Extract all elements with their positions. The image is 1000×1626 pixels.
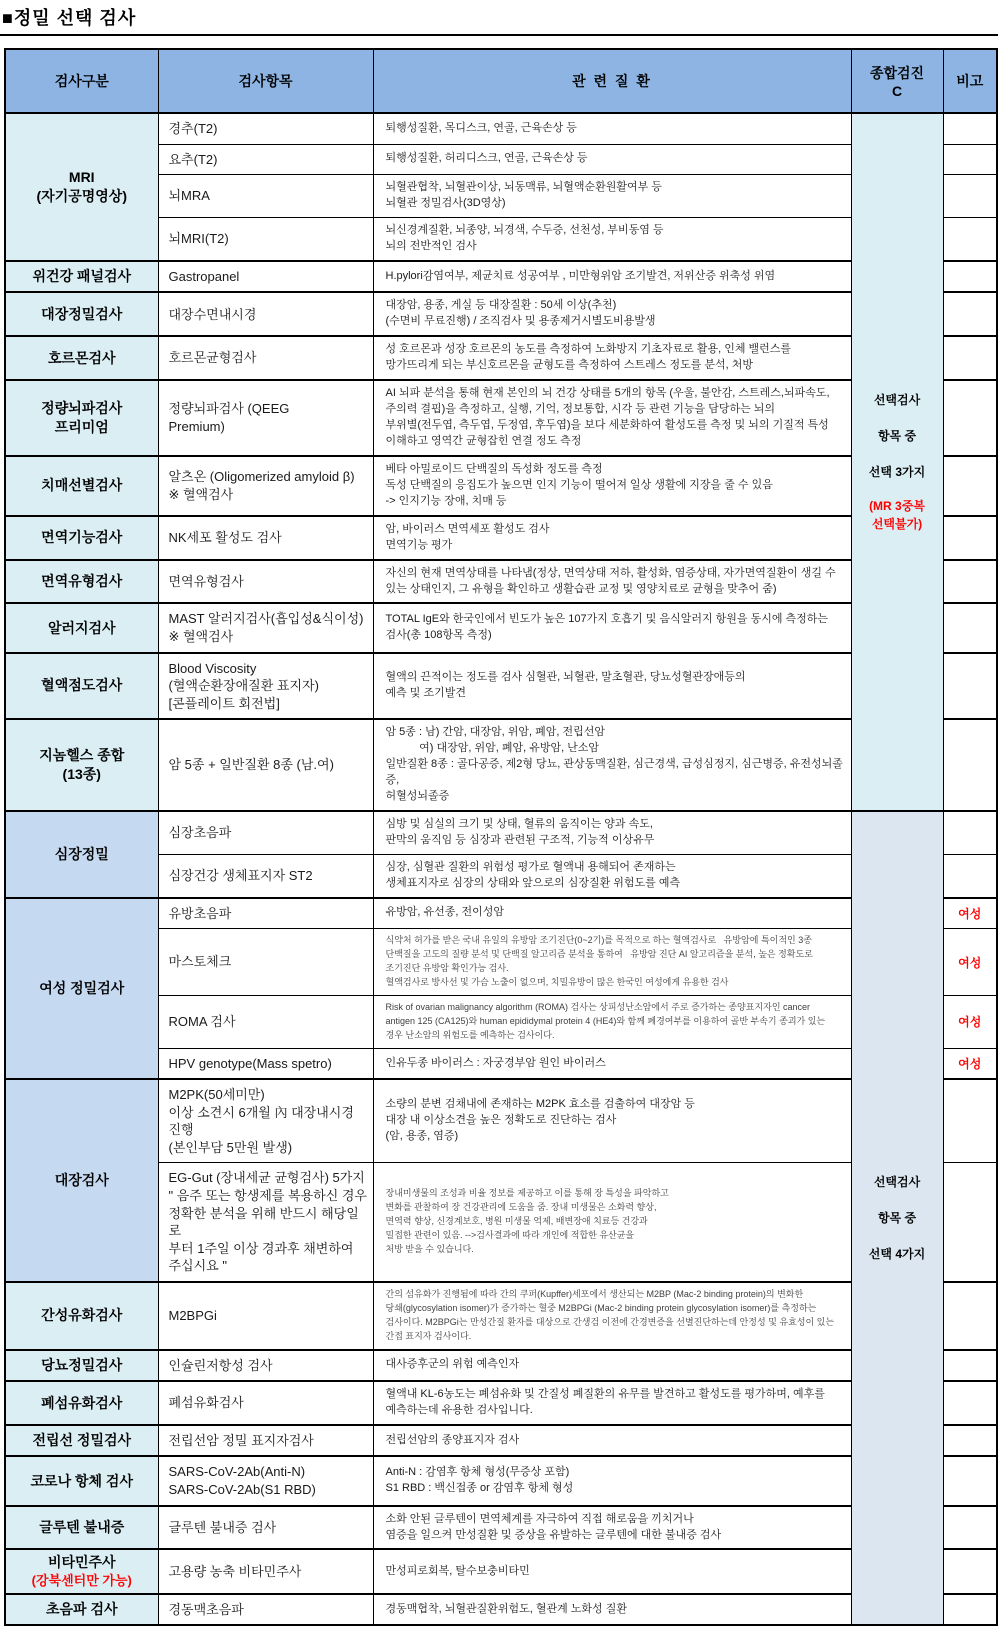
table-row: 당뇨정밀검사인슐린저항성 검사대사증후군의 위험 예측인자 [5, 1350, 997, 1382]
category-cell: 간성유화검사 [5, 1282, 158, 1350]
exam-item-cell: 정량뇌파검사 (QEEG Premium) [158, 380, 373, 456]
page: ■정밀 선택 검사 검사구분 검사항목 관 련 질 환 종합검진 C 비고 MR… [0, 0, 1000, 1626]
category-cell: 당뇨정밀검사 [5, 1350, 158, 1382]
related-disease-cell: 뇌혈관협착, 뇌혈관이상, 뇌동맥류, 뇌혈액순환원활여부 등 뇌혈관 정밀검사… [373, 175, 851, 218]
remark-cell [943, 1350, 997, 1382]
exam-item-cell: 고용량 농축 비타민주사 [158, 1549, 373, 1593]
exam-item-cell: EG-Gut (장내세균 균형검사) 5가지 " 음주 또는 항생제를 복용하신… [158, 1163, 373, 1282]
category-label: 전립선 정밀검사 [8, 1431, 156, 1450]
category-label: 당뇨정밀검사 [8, 1356, 156, 1375]
table-row: 여성 정밀검사유방초음파유방암, 유선종, 전이성암여성 [5, 898, 997, 929]
package-note-upper-text: 선택검사 항목 중 선택 3가지 [854, 391, 941, 481]
category-label: 호르몬검사 [8, 349, 156, 368]
category-label: 글루텐 불내증 [8, 1518, 156, 1537]
category-cell: 지놈헬스 종합 (13종) [5, 719, 158, 811]
related-disease-cell: 베타 아밀로이드 단백질의 독성화 정도를 측정 독성 단백질의 응집도가 높으… [373, 456, 851, 516]
table-row: 면역기능검사NK세포 활성도 검사암, 바이러스 면역세포 활성도 검사 면역기… [5, 516, 997, 560]
remark-cell [943, 217, 997, 260]
table-row: 치매선별검사알츠온 (Oligomerized amyloid β) ※ 혈액검… [5, 456, 997, 516]
related-disease-cell: 장내미생물의 조성과 비율 정보를 제공하고 이를 통해 장 특성을 파악하고 … [373, 1163, 851, 1282]
exam-item-cell: 경동맥초음파 [158, 1594, 373, 1626]
category-cell: 대장검사 [5, 1079, 158, 1281]
remark-cell: 여성 [943, 995, 997, 1048]
related-disease-cell: 인유두종 바이러스 : 자궁경부암 원인 바이러스 [373, 1048, 851, 1079]
header-package: 종합검진 C [851, 49, 943, 113]
remark-cell [943, 144, 997, 175]
related-disease-cell: 유방암, 유선종, 전이성암 [373, 898, 851, 929]
remark-cell [943, 292, 997, 336]
related-disease-cell: 퇴행성질환, 허리디스크, 연골, 근육손상 등 [373, 144, 851, 175]
exam-item-cell: M2PK(50세미만) 이상 소견시 6개월 內 대장내시경 진행 (본인부담 … [158, 1079, 373, 1163]
table-row: 간성유화검사M2BPGi간의 섬유화가 진행됨에 따라 간의 쿠퍼(Kupffe… [5, 1282, 997, 1350]
category-label: 위건강 패널검사 [8, 267, 156, 286]
table-row: 글루텐 불내증글루텐 불내증 검사소화 안된 글루텐이 면역체계를 자극하여 직… [5, 1506, 997, 1550]
remark-cell [943, 380, 997, 456]
table-row: 면역유형검사면역유형검사자신의 현재 면역상태를 나타냄(정상, 면역상태 저하… [5, 560, 997, 604]
related-disease-cell: 대장암, 용종, 게실 등 대장질환 : 50세 이상(추천) (수면비 무료진… [373, 292, 851, 336]
remark-cell [943, 516, 997, 560]
exam-item-cell: Gastropanel [158, 261, 373, 293]
remark-cell [943, 1282, 997, 1350]
category-cell: 면역유형검사 [5, 560, 158, 604]
header-remark: 비고 [943, 49, 997, 113]
header-category: 검사구분 [5, 49, 158, 113]
related-disease-cell: 간의 섬유화가 진행됨에 따라 간의 쿠퍼(Kupffer)세포에서 생산되는 … [373, 1282, 851, 1350]
exam-item-cell: 글루텐 불내증 검사 [158, 1506, 373, 1550]
category-cell: 심장정밀 [5, 811, 158, 898]
remark-cell: 여성 [943, 1048, 997, 1079]
related-disease-cell: 심장, 심혈관 질환의 위험성 평가로 혈액내 용해되어 존재하는 생체표지자로… [373, 854, 851, 897]
exam-item-cell: 대장수면내시경 [158, 292, 373, 336]
table-row: 초음파 검사경동맥초음파경동맥협착, 뇌혈관질환위험도, 혈관계 노화성 질환 [5, 1594, 997, 1626]
remark-cell [943, 336, 997, 380]
category-label: 간성유화검사 [8, 1306, 156, 1325]
exam-item-cell: 호르몬균형검사 [158, 336, 373, 380]
exam-item-cell: 뇌MRI(T2) [158, 217, 373, 260]
table-row: 코로나 항체 검사SARS-CoV-2Ab(Anti-N) SARS-CoV-2… [5, 1456, 997, 1505]
remark-cell [943, 1506, 997, 1550]
category-cell: 글루텐 불내증 [5, 1506, 158, 1550]
exam-item-cell: 경추(T2) [158, 113, 373, 144]
category-label: 치매선별검사 [8, 476, 156, 495]
category-label: 대장검사 [8, 1171, 156, 1190]
remark-cell [943, 1549, 997, 1593]
header-disease: 관 련 질 환 [373, 49, 851, 113]
exam-item-cell: 폐섬유화검사 [158, 1381, 373, 1425]
exam-item-cell: SARS-CoV-2Ab(Anti-N) SARS-CoV-2Ab(S1 RBD… [158, 1456, 373, 1505]
remark-cell [943, 1425, 997, 1457]
exam-table: 검사구분 검사항목 관 련 질 환 종합검진 C 비고 MRI (자기공명영상)… [4, 48, 998, 1626]
category-label: 심장정밀 [8, 845, 156, 864]
category-cell: 폐섬유화검사 [5, 1381, 158, 1425]
category-cell: MRI (자기공명영상) [5, 113, 158, 261]
category-cell: 면역기능검사 [5, 516, 158, 560]
table-row: MRI (자기공명영상)경추(T2)퇴행성질환, 목디스크, 연골, 근육손상 … [5, 113, 997, 144]
table-row: 위건강 패널검사GastropanelH.pylori감염여부, 제균치료 성공… [5, 261, 997, 293]
related-disease-cell: 전립선암의 종양표지자 검사 [373, 1425, 851, 1457]
page-title: ■정밀 선택 검사 [0, 4, 998, 36]
remark-cell [943, 560, 997, 604]
remark-cell [943, 1381, 997, 1425]
exam-item-cell: HPV genotype(Mass spetro) [158, 1048, 373, 1079]
category-red-note: (강북센터만 가능) [8, 1572, 156, 1590]
related-disease-cell: 소량의 분변 검채내에 존재하는 M2PK 효소를 검출하여 대장암 등 대장 … [373, 1079, 851, 1163]
exam-item-cell: M2BPGi [158, 1282, 373, 1350]
remark-cell [943, 261, 997, 293]
remark-cell [943, 1079, 997, 1163]
related-disease-cell: H.pylori감염여부, 제균치료 성공여부 , 미만형위암 조기발견, 저위… [373, 261, 851, 293]
category-label: MRI (자기공명영상) [8, 168, 156, 206]
category-label: 면역기능검사 [8, 528, 156, 547]
category-label: 여성 정밀검사 [8, 979, 156, 998]
category-label: 면역유형검사 [8, 572, 156, 591]
category-cell: 전립선 정밀검사 [5, 1425, 158, 1457]
category-cell: 정량뇌파검사 프리미엄 [5, 380, 158, 456]
remark-cell [943, 175, 997, 218]
remark-cell [943, 603, 997, 652]
exam-item-cell: 심장초음파 [158, 811, 373, 854]
related-disease-cell: 대사증후군의 위험 예측인자 [373, 1350, 851, 1382]
table-row: 호르몬검사호르몬균형검사성 호르몬과 성장 호르몬의 농도를 측정하여 노화방지… [5, 336, 997, 380]
category-label: 초음파 검사 [8, 1600, 156, 1619]
remark-cell [943, 1163, 997, 1282]
package-note-upper: 선택검사 항목 중 선택 3가지(MR 3중복 선택불가) [851, 113, 943, 811]
related-disease-cell: 자신의 현재 면역상태를 나타냄(정상, 면역상태 저하, 활성화, 염증상태,… [373, 560, 851, 604]
category-label: 알러지검사 [8, 619, 156, 638]
exam-item-cell: 전립선암 정밀 표지자검사 [158, 1425, 373, 1457]
table-row: 혈액점도검사Blood Viscosity (혈액순환장애질환 표지자) [콘플… [5, 653, 997, 720]
category-cell: 호르몬검사 [5, 336, 158, 380]
header-item: 검사항목 [158, 49, 373, 113]
exam-item-cell: 마스토체크 [158, 929, 373, 996]
exam-item-cell: 유방초음파 [158, 898, 373, 929]
table-row: 알러지검사MAST 알러지검사(흡입성&식이성) ※ 혈액검사TOTAL IgE… [5, 603, 997, 652]
related-disease-cell: 만성피로회복, 탈수보충비타민 [373, 1549, 851, 1593]
related-disease-cell: AI 뇌파 분석을 통해 현재 본인의 뇌 건강 상태를 5개의 항목 (우울,… [373, 380, 851, 456]
related-disease-cell: 혈액의 끈적이는 정도를 검사 심혈관, 뇌혈관, 말초혈관, 당뇨성혈관장애등… [373, 653, 851, 720]
package-note-upper-red: (MR 3중복 선택불가) [854, 497, 941, 533]
related-disease-cell: Anti-N : 감염후 항체 형성(무증상 포함) S1 RBD : 백신접종… [373, 1456, 851, 1505]
category-label: 비타민주사 [8, 1553, 156, 1572]
exam-item-cell: 요추(T2) [158, 144, 373, 175]
related-disease-cell: 경동맥협착, 뇌혈관질환위험도, 혈관계 노화성 질환 [373, 1594, 851, 1626]
category-cell: 혈액점도검사 [5, 653, 158, 720]
table-row: 대장검사M2PK(50세미만) 이상 소견시 6개월 內 대장내시경 진행 (본… [5, 1079, 997, 1163]
related-disease-cell: TOTAL IgE와 한국인에서 빈도가 높은 107가지 호흡기 및 음식알러… [373, 603, 851, 652]
package-note-lower-text: 선택검사 항목 중 선택 4가지 [854, 1173, 941, 1263]
exam-item-cell: MAST 알러지검사(흡입성&식이성) ※ 혈액검사 [158, 603, 373, 652]
remark-cell [943, 811, 997, 854]
exam-item-cell: Blood Viscosity (혈액순환장애질환 표지자) [콘플레이트 회전… [158, 653, 373, 720]
remark-cell [943, 854, 997, 897]
related-disease-cell: Risk of ovarian malignancy algorithm (RO… [373, 995, 851, 1048]
exam-item-cell: ROMA 검사 [158, 995, 373, 1048]
category-label: 정량뇌파검사 프리미엄 [8, 399, 156, 437]
remark-cell [943, 1594, 997, 1626]
exam-item-cell: NK세포 활성도 검사 [158, 516, 373, 560]
category-cell: 코로나 항체 검사 [5, 1456, 158, 1505]
category-cell: 치매선별검사 [5, 456, 158, 516]
table-row: 비타민주사(강북센터만 가능)고용량 농축 비타민주사만성피로회복, 탈수보충비… [5, 1549, 997, 1593]
category-cell: 비타민주사(강북센터만 가능) [5, 1549, 158, 1593]
package-note-lower: 선택검사 항목 중 선택 4가지 [851, 811, 943, 1626]
exam-item-cell: 면역유형검사 [158, 560, 373, 604]
remark-cell [943, 719, 997, 811]
table-row: 지놈헬스 종합 (13종)암 5종 + 일반질환 8종 (남.여)암 5종 : … [5, 719, 997, 811]
category-cell: 대장정밀검사 [5, 292, 158, 336]
category-cell: 위건강 패널검사 [5, 261, 158, 293]
table-row: 대장정밀검사대장수면내시경대장암, 용종, 게실 등 대장질환 : 50세 이상… [5, 292, 997, 336]
remark-cell [943, 113, 997, 144]
remark-cell [943, 456, 997, 516]
category-cell: 알러지검사 [5, 603, 158, 652]
related-disease-cell: 식약처 허가를 받은 국내 유일의 유방암 조기진단(0~2기)를 목적으로 하… [373, 929, 851, 996]
related-disease-cell: 혈액내 KL-6농도는 폐섬유화 및 간질성 폐질환의 유무를 발견하고 활성도… [373, 1381, 851, 1425]
related-disease-cell: 소화 안된 글루텐이 면역체계를 자극하여 직접 해로움을 끼치거나 염증을 일… [373, 1506, 851, 1550]
exam-item-cell: 알츠온 (Oligomerized amyloid β) ※ 혈액검사 [158, 456, 373, 516]
category-cell: 여성 정밀검사 [5, 898, 158, 1080]
remark-cell: 여성 [943, 898, 997, 929]
category-cell: 초음파 검사 [5, 1594, 158, 1626]
exam-item-cell: 인슐린저항성 검사 [158, 1350, 373, 1382]
related-disease-cell: 퇴행성질환, 목디스크, 연골, 근육손상 등 [373, 113, 851, 144]
related-disease-cell: 심방 및 심실의 크기 및 상태, 혈류의 움직이는 양과 속도, 판막의 움직… [373, 811, 851, 854]
category-label: 혈액점도검사 [8, 676, 156, 695]
table-row: 심장정밀심장초음파심방 및 심실의 크기 및 상태, 혈류의 움직이는 양과 속… [5, 811, 997, 854]
exam-item-cell: 뇌MRA [158, 175, 373, 218]
related-disease-cell: 암 5종 : 남) 간암, 대장암, 위암, 폐암, 전립선암 여) 대장암, … [373, 719, 851, 811]
remark-cell [943, 1456, 997, 1505]
related-disease-cell: 뇌신경계질환, 뇌종양, 뇌경색, 수두증, 선천성, 부비동염 등 뇌의 전반… [373, 217, 851, 260]
category-label: 폐섬유화검사 [8, 1394, 156, 1413]
remark-cell: 여성 [943, 929, 997, 996]
remark-cell [943, 653, 997, 720]
related-disease-cell: 암, 바이러스 면역세포 활성도 검사 면역기능 평가 [373, 516, 851, 560]
exam-table-body: MRI (자기공명영상)경추(T2)퇴행성질환, 목디스크, 연골, 근육손상 … [5, 113, 997, 1625]
table-row: 정량뇌파검사 프리미엄정량뇌파검사 (QEEG Premium)AI 뇌파 분석… [5, 380, 997, 456]
header-row: 검사구분 검사항목 관 련 질 환 종합검진 C 비고 [5, 49, 997, 113]
category-label: 코로나 항체 검사 [8, 1472, 156, 1491]
related-disease-cell: 성 호르몬과 성장 호르몬의 농도를 측정하여 노화방지 기초자료로 활용, 인… [373, 336, 851, 380]
table-row: 폐섬유화검사폐섬유화검사혈액내 KL-6농도는 폐섬유화 및 간질성 폐질환의 … [5, 1381, 997, 1425]
category-label: 대장정밀검사 [8, 305, 156, 324]
category-label: 지놈헬스 종합 (13종) [8, 746, 156, 784]
exam-item-cell: 심장건강 생체표지자 ST2 [158, 854, 373, 897]
table-row: 전립선 정밀검사전립선암 정밀 표지자검사전립선암의 종양표지자 검사 [5, 1425, 997, 1457]
exam-item-cell: 암 5종 + 일반질환 8종 (남.여) [158, 719, 373, 811]
